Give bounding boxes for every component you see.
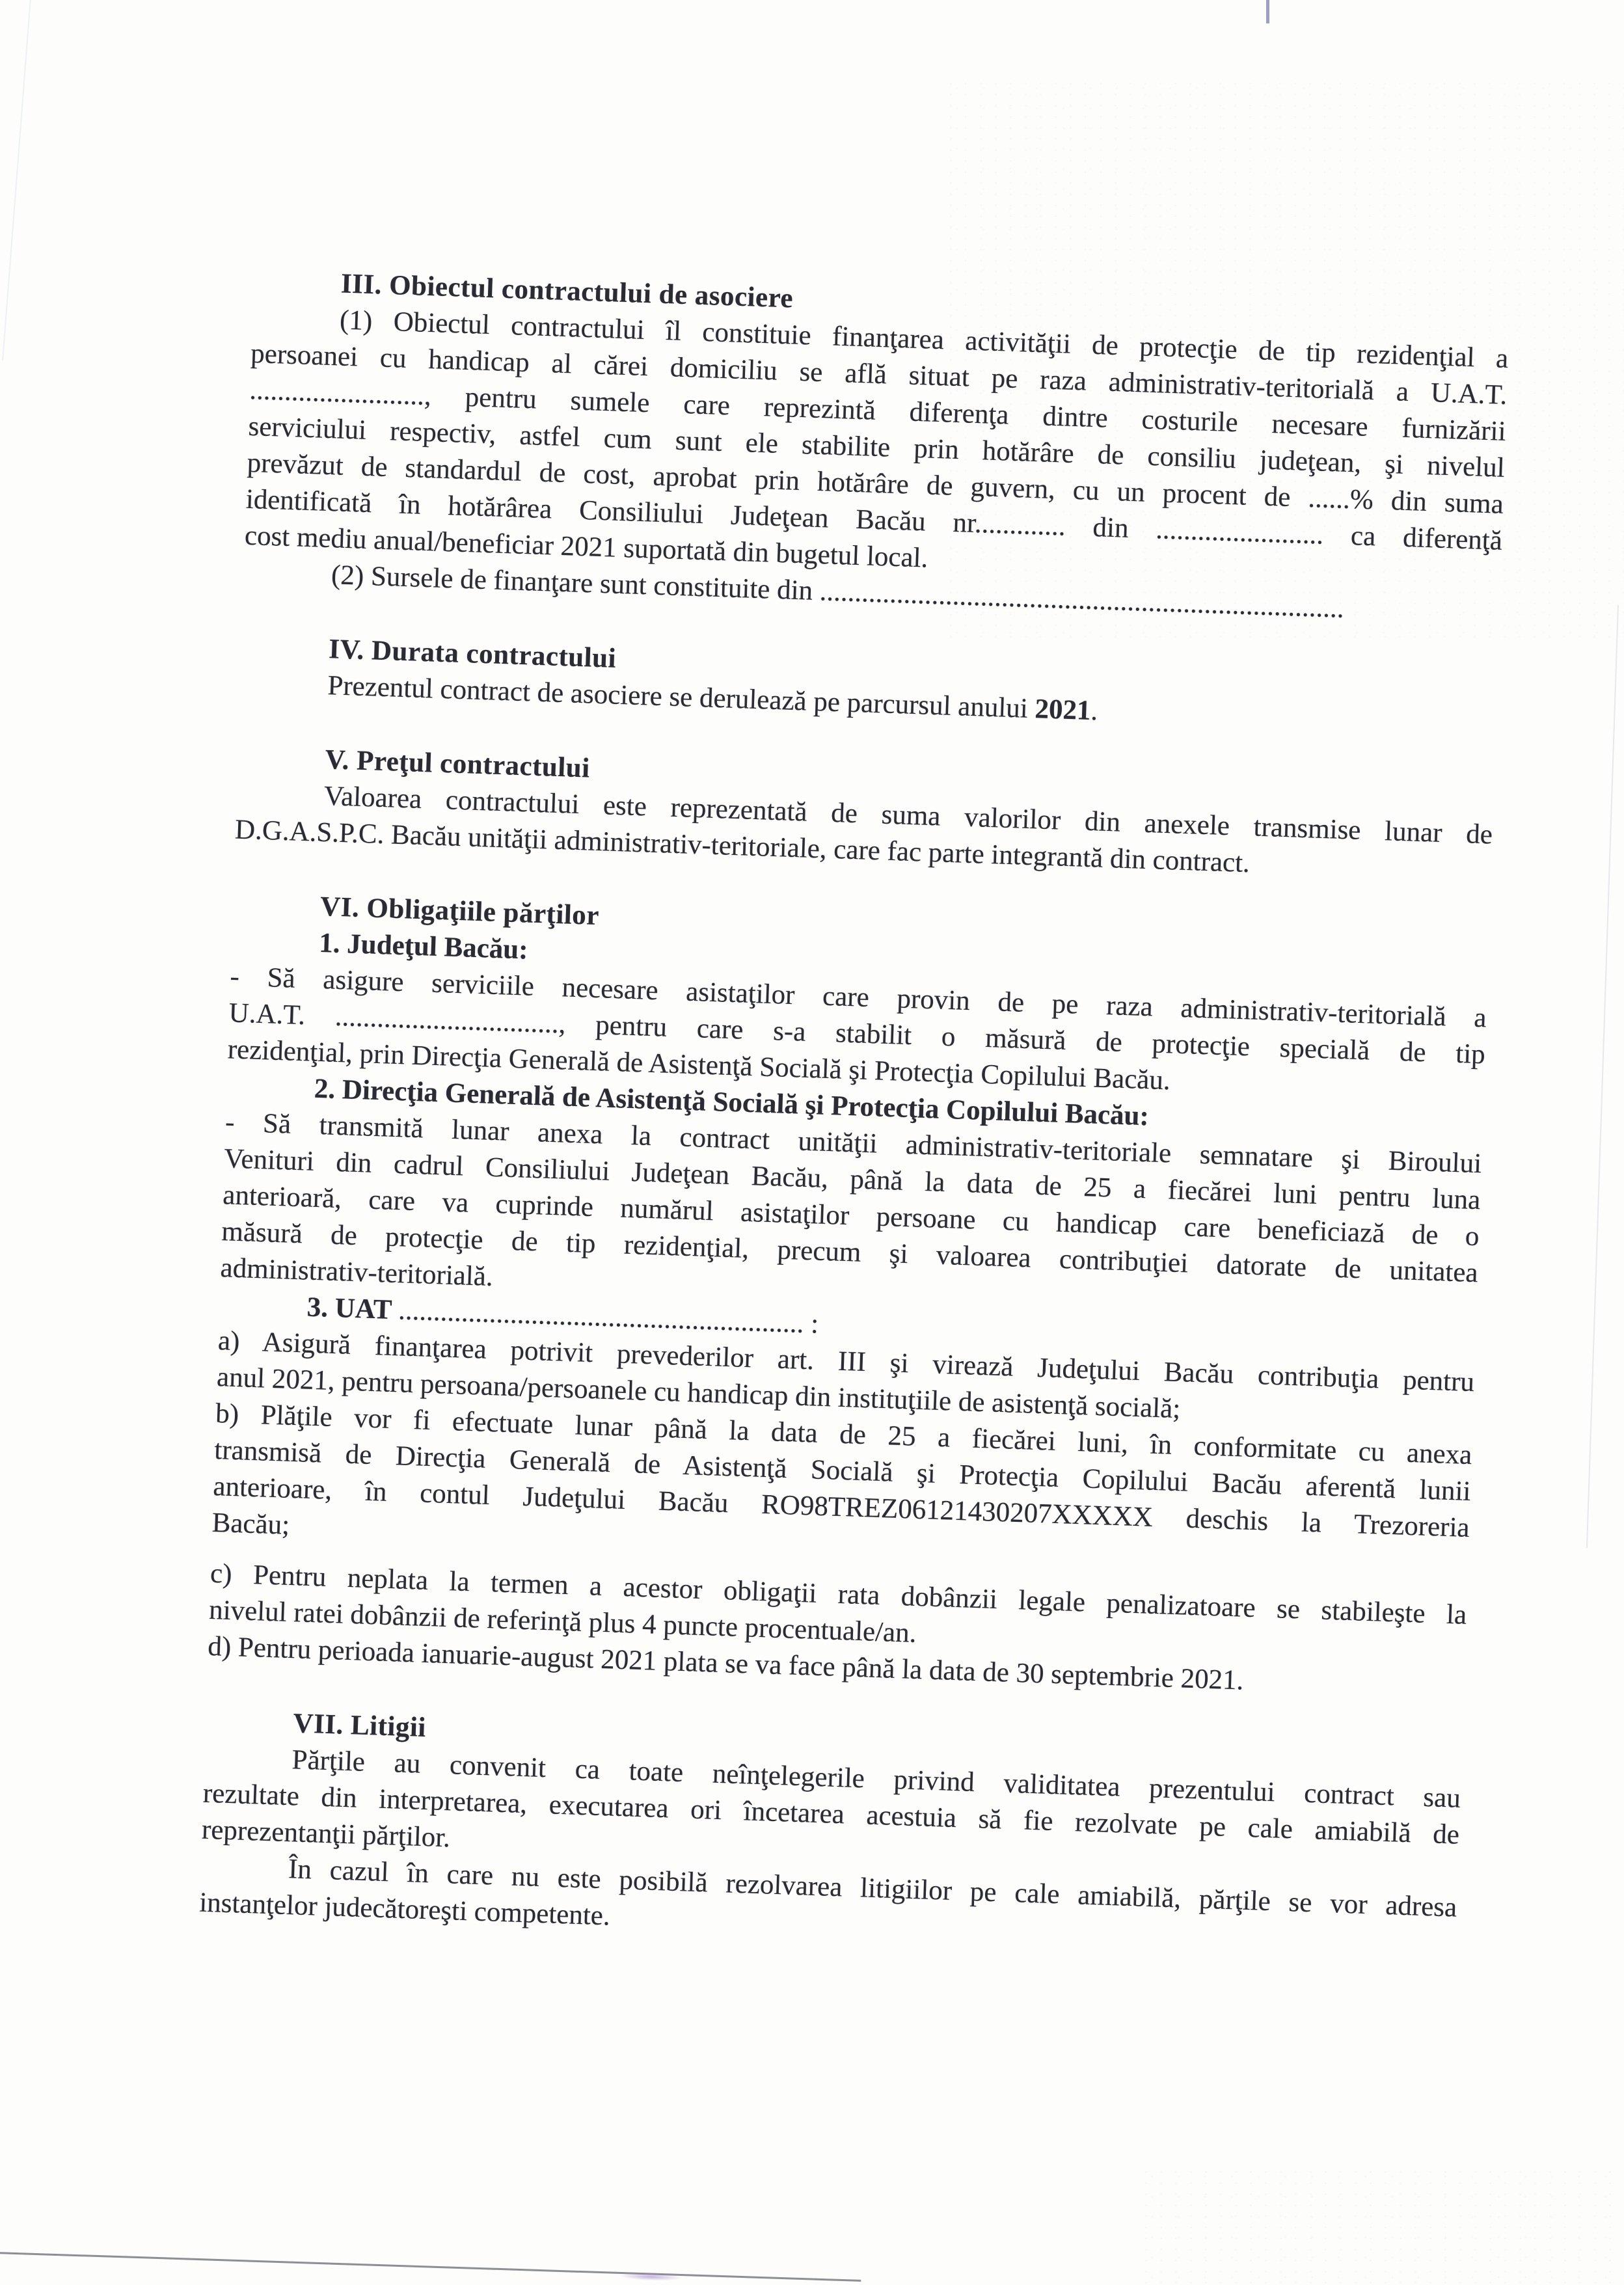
document-text: III. Obiectul contractului de asociere(1… (198, 263, 1509, 1963)
scanner-mark-tick (1266, 0, 1269, 23)
para-iii-1: (1) Obiectul contractului îl constituie … (244, 299, 1509, 596)
paper-crease-line (2, 0, 31, 361)
page-edge-right (1586, 605, 1619, 1548)
scan-noise-bottom (1139, 2167, 1624, 2285)
page-edge-bottom (0, 2252, 861, 2282)
document-page: III. Obiectul contractului de asociere(1… (0, 0, 1624, 2285)
